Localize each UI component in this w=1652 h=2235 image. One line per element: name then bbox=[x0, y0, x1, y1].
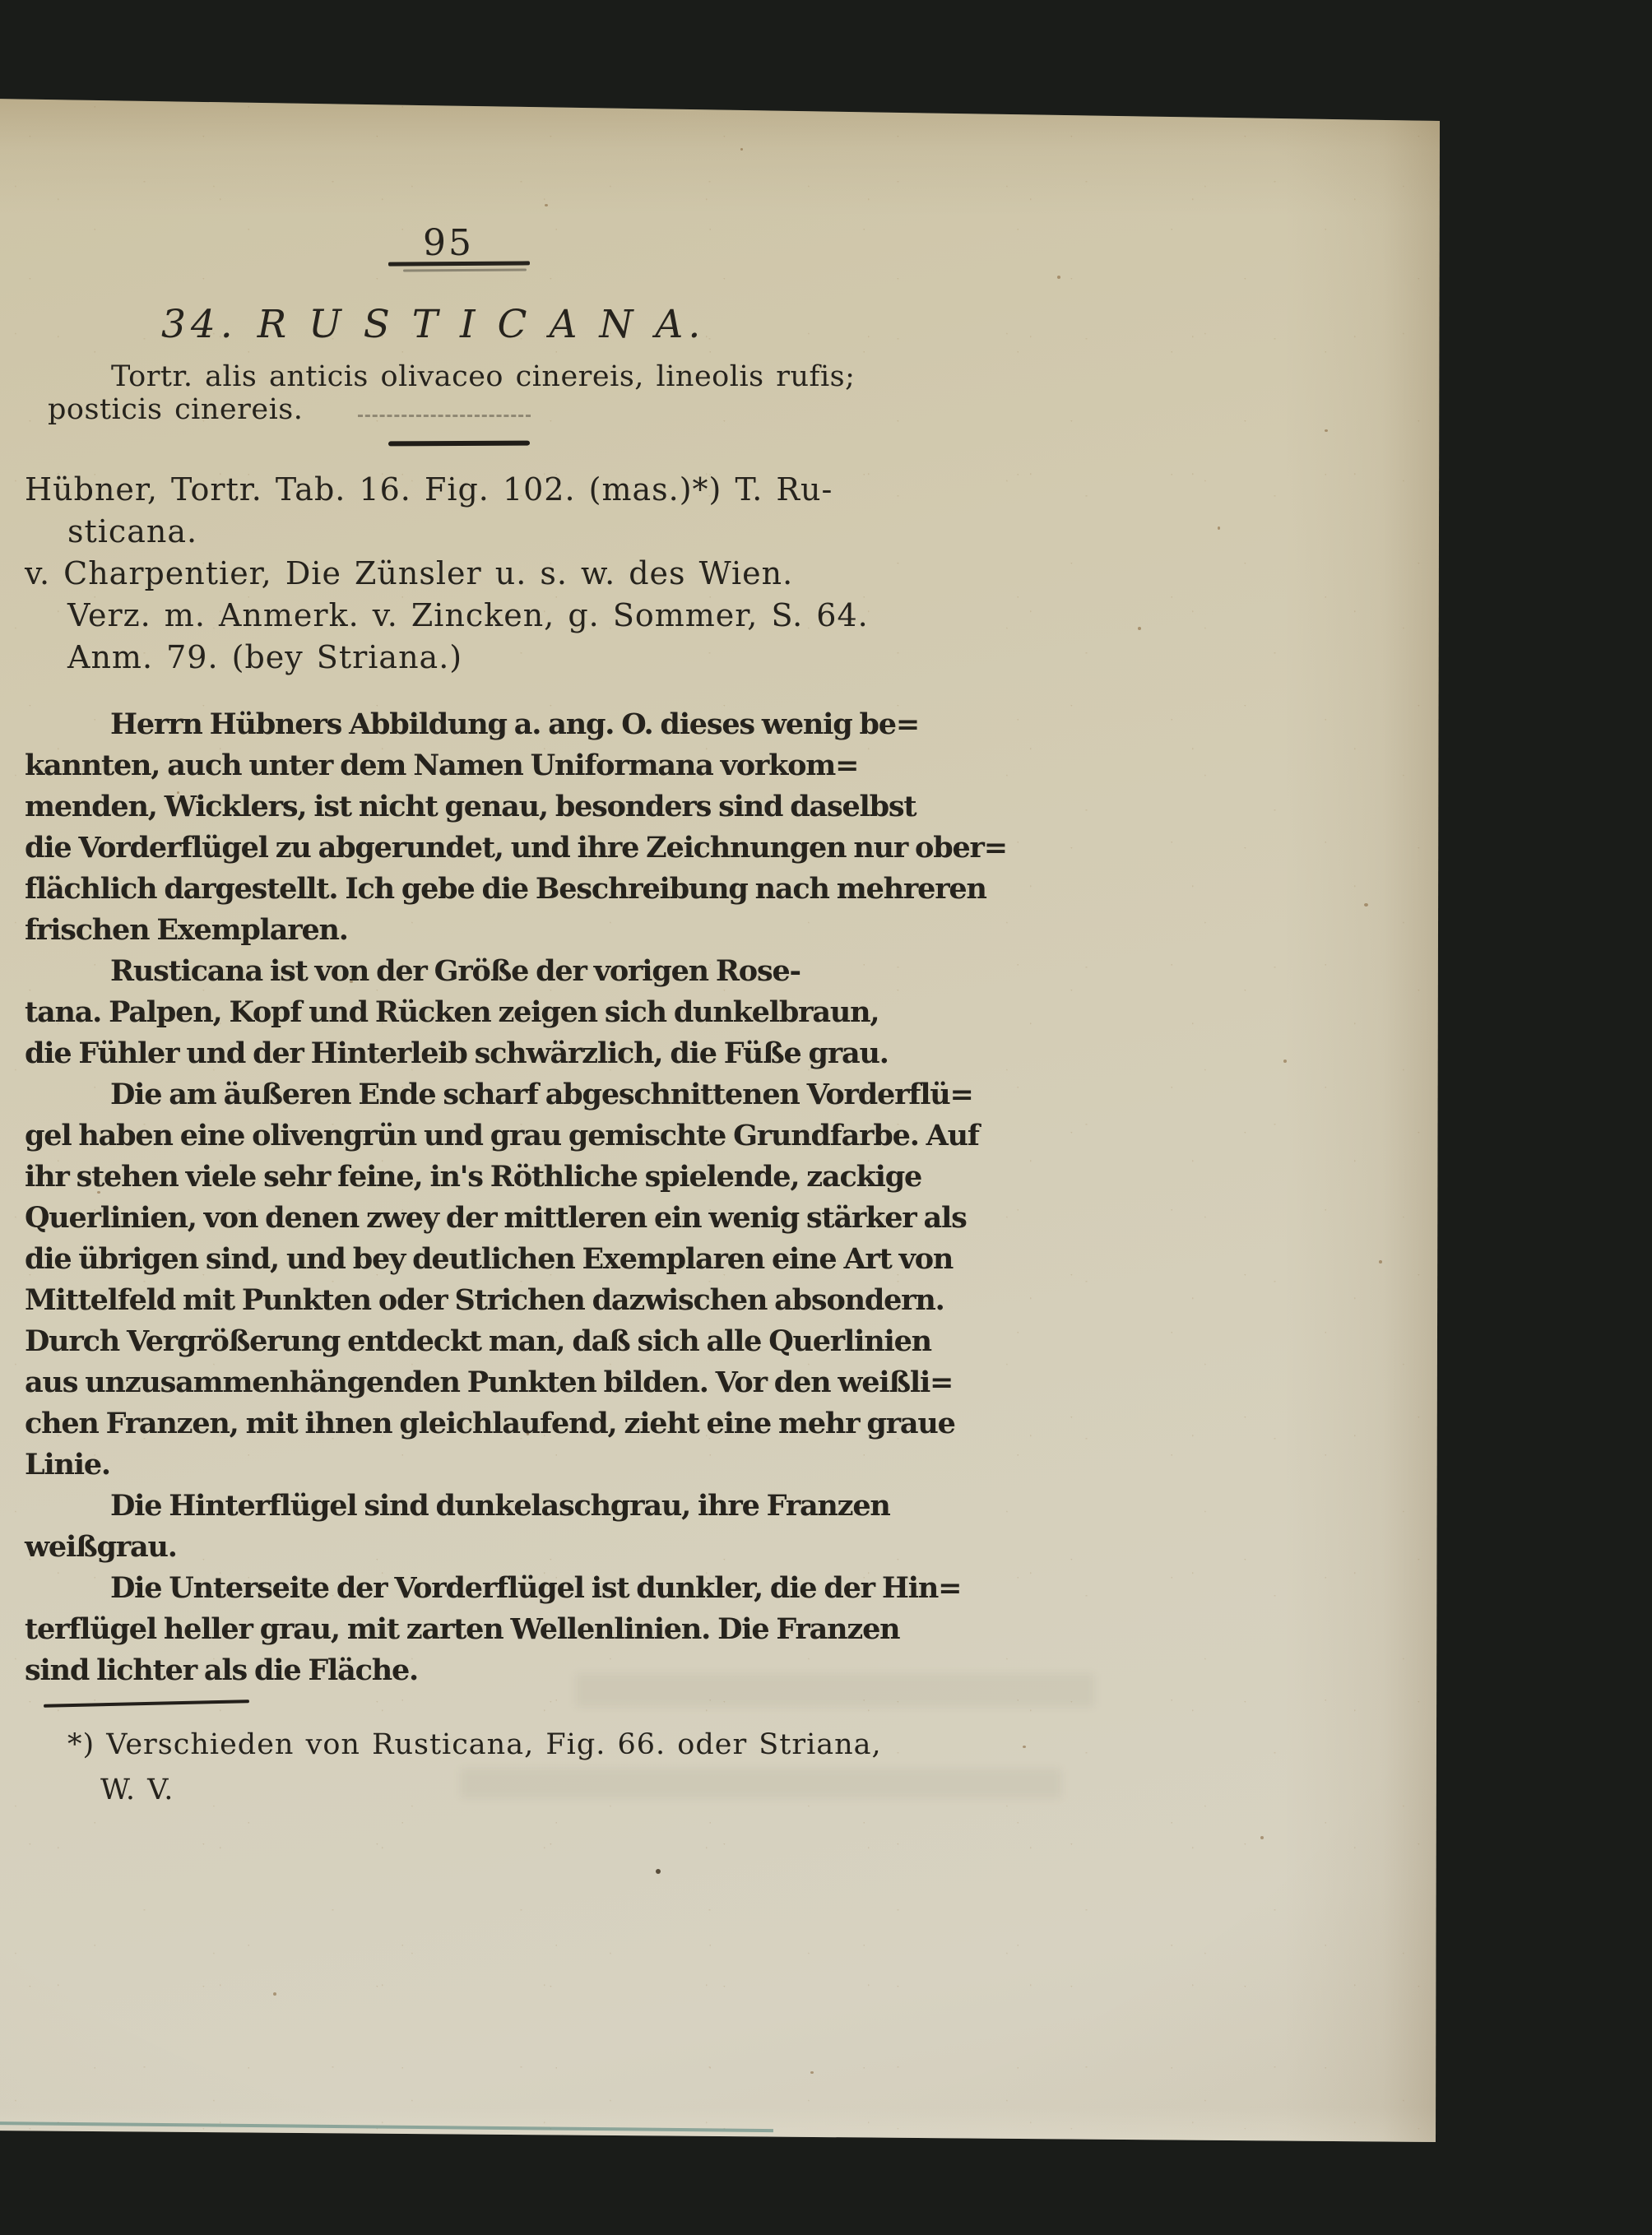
body-line: terflügel heller grau, mit zarten Wellen… bbox=[25, 1609, 1007, 1650]
body-line: Die am äußeren Ende scharf abgeschnitten… bbox=[25, 1074, 1007, 1115]
diagnosis-line: posticis cinereis. bbox=[48, 393, 855, 426]
paper-speck bbox=[1057, 276, 1060, 279]
citation-line: Verz. m. Anmerk. v. Zincken, g. Sommer, … bbox=[25, 595, 869, 637]
citation-block: Hübner, Tortr. Tab. 16. Fig. 102. (mas.)… bbox=[25, 469, 869, 679]
body-line: Mittelfeld mit Punkten oder Strichen daz… bbox=[25, 1280, 1007, 1321]
body-line: Linie. bbox=[25, 1444, 1007, 1486]
body-line: Die Unterseite der Vorderflügel ist dunk… bbox=[25, 1568, 1007, 1609]
body-line: aus unzusammenhängenden Punkten bilden. … bbox=[25, 1362, 1007, 1403]
citation-line: Anm. 79. (bey Striana.) bbox=[25, 637, 869, 679]
footnote: *) Verschieden von Rusticana, Fig. 66. o… bbox=[67, 1723, 882, 1813]
body-line: menden, Wicklers, ist nicht genau, beson… bbox=[25, 786, 1007, 828]
page-number: 95 bbox=[374, 225, 522, 262]
body-line: die übrigen sind, und bey deutlichen Exe… bbox=[25, 1239, 1007, 1280]
body-line: flächlich dargestellt. Ich gebe die Besc… bbox=[25, 869, 1007, 910]
citation-line: Hübner, Tortr. Tab. 16. Fig. 102. (mas.)… bbox=[25, 469, 869, 511]
paper-speck bbox=[273, 1992, 276, 1996]
book-page: 95 34.R U S T I C A N A. Tortr. alis ant… bbox=[0, 92, 1440, 2153]
citation-line: v. Charpentier, Die Zünsler u. s. w. des… bbox=[25, 553, 869, 595]
separator-rule bbox=[388, 441, 530, 447]
body-line: die Vorderflügel zu abgerundet, und ihre… bbox=[25, 828, 1007, 869]
paper-speck bbox=[1364, 903, 1368, 907]
paper-speck bbox=[656, 1869, 661, 1874]
paper-speck bbox=[1325, 429, 1328, 432]
page-number-rule bbox=[388, 261, 530, 266]
footnote-line: *) Verschieden von Rusticana, Fig. 66. o… bbox=[67, 1723, 882, 1768]
footnote-line: W. V. bbox=[67, 1768, 882, 1813]
paper-speck bbox=[1023, 1746, 1026, 1748]
body-line: kannten, auch unter dem Namen Uniformana… bbox=[25, 745, 1007, 786]
body-line: tana. Palpen, Kopf und Rücken zeigen sic… bbox=[25, 992, 1007, 1033]
paper-speck bbox=[1379, 1260, 1382, 1264]
species-name: R U S T I C A N A. bbox=[258, 302, 706, 347]
body-line: die Fühler und der Hinterleib schwärzlic… bbox=[25, 1033, 1007, 1074]
body-line: weißgrau. bbox=[25, 1527, 1007, 1568]
body-line: Herrn Hübners Abbildung a. ang. O. diese… bbox=[25, 704, 1007, 745]
section-number: 34. bbox=[161, 302, 238, 347]
paper-speck bbox=[740, 148, 743, 151]
footnote-rule bbox=[44, 1699, 249, 1708]
body-line: gel haben eine olivengrün und grau gemis… bbox=[25, 1115, 1007, 1157]
body-line: Durch Vergrößerung entdeckt man, daß sic… bbox=[25, 1321, 1007, 1362]
body-line: Querlinien, von denen zwey der mittleren… bbox=[25, 1198, 1007, 1239]
body-line: Rusticana ist von der Größe der vorigen … bbox=[25, 951, 1007, 992]
paper-speck bbox=[810, 2071, 814, 2074]
paper-speck bbox=[1138, 627, 1141, 630]
diagnosis-line: Tortr. alis anticis olivaceo cinereis, l… bbox=[48, 360, 855, 393]
scan-edge-artifact bbox=[0, 2121, 773, 2132]
body-line: sind lichter als die Fläche. bbox=[25, 1650, 1007, 1691]
paper-speck bbox=[545, 204, 548, 206]
citation-line: sticana. bbox=[25, 511, 869, 553]
paper-speck bbox=[1218, 526, 1220, 530]
description-text: Herrn Hübners Abbildung a. ang. O. diese… bbox=[25, 704, 1007, 1691]
scan-backdrop: 95 34.R U S T I C A N A. Tortr. alis ant… bbox=[0, 0, 1652, 2235]
paper-speck bbox=[1260, 1836, 1264, 1839]
body-line: Die Hinterflügel sind dunkelaschgrau, ih… bbox=[25, 1486, 1007, 1527]
page-number-rule-echo bbox=[403, 268, 527, 271]
paper-speck bbox=[1283, 1060, 1287, 1063]
species-heading: 34.R U S T I C A N A. bbox=[161, 302, 705, 348]
body-line: ihr stehen viele sehr feine, in's Röthli… bbox=[25, 1157, 1007, 1198]
body-line: chen Franzen, mit ihnen gleichlaufend, z… bbox=[25, 1403, 1007, 1444]
body-line: frischen Exemplaren. bbox=[25, 910, 1007, 951]
faint-dash-marks bbox=[358, 415, 531, 417]
